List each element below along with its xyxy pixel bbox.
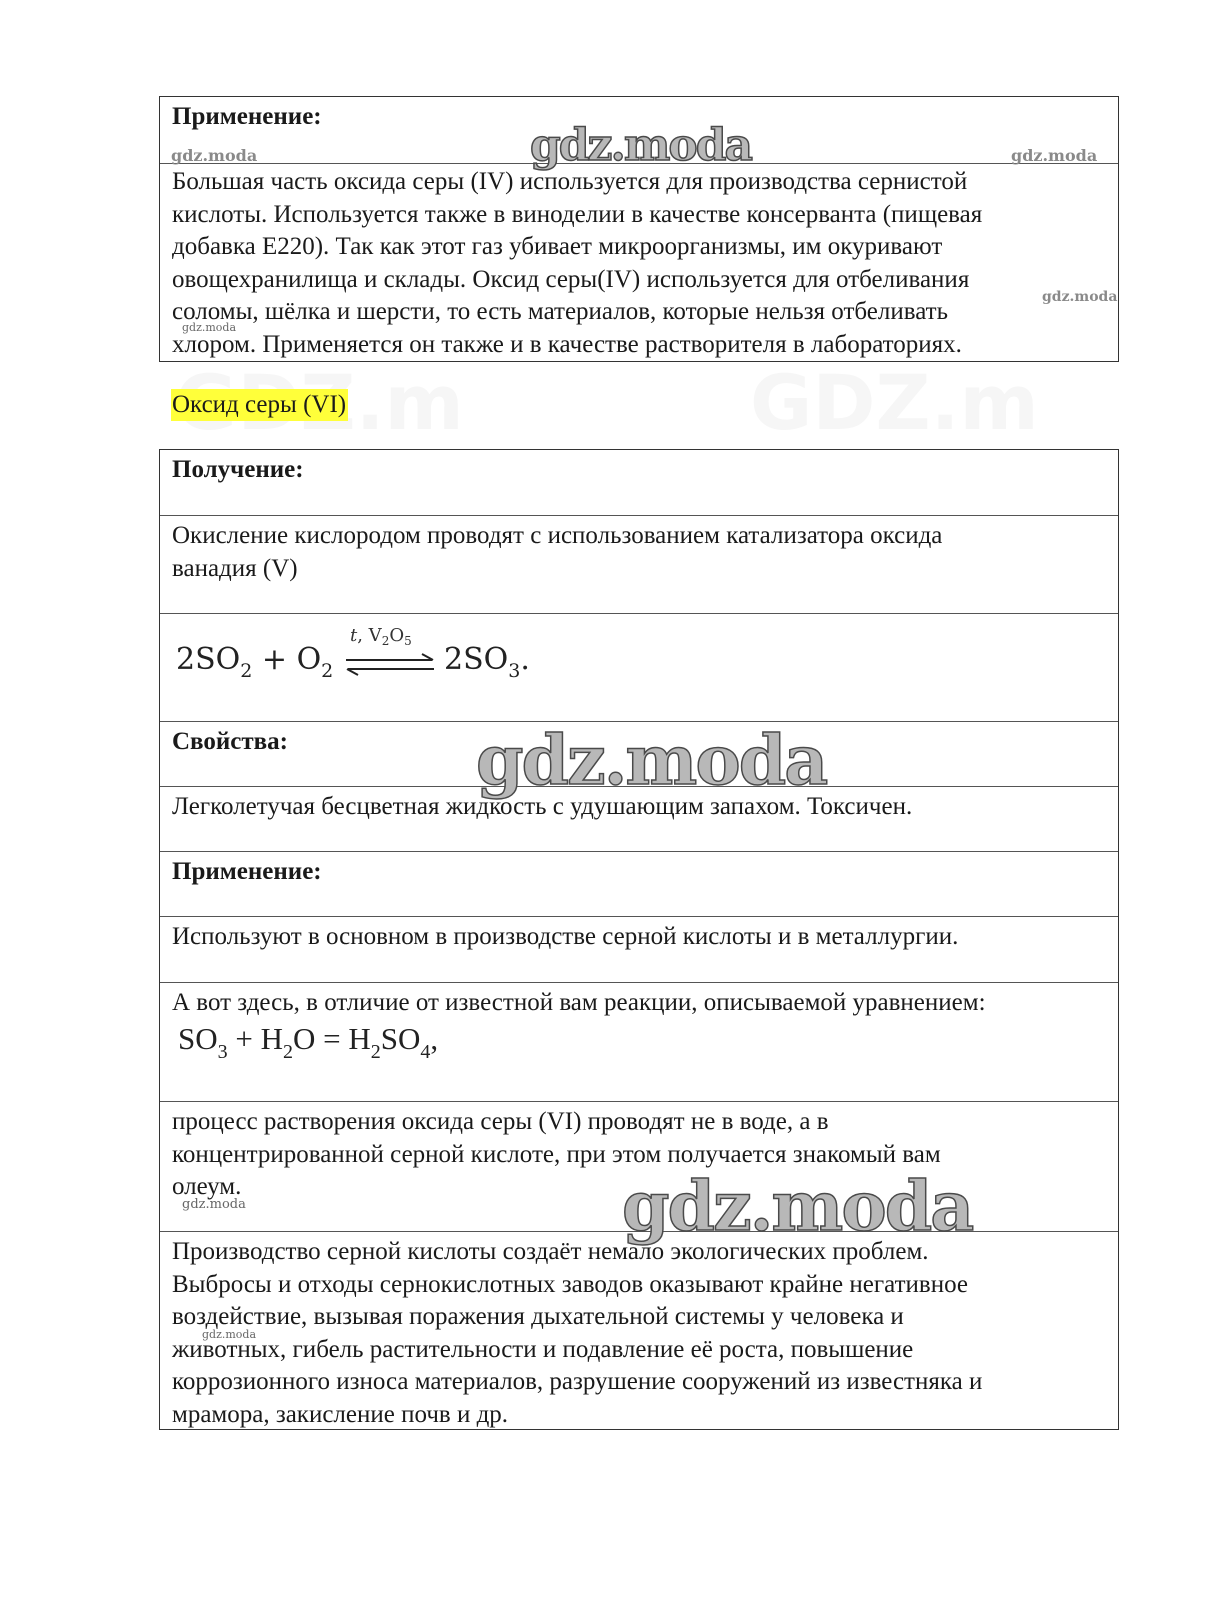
ghost-watermark: GDZ.m xyxy=(750,365,1039,441)
text-line: соломы, шёлка и шерсти, то есть материал… xyxy=(172,296,1106,329)
document-page: Применение: Большая часть оксида серы (I… xyxy=(0,0,1231,1619)
equation-lhs: 2SO2 + O2 xyxy=(176,644,333,688)
section-heading: Оксид серы (VI) xyxy=(171,389,348,421)
application-text: Большая часть оксида серы (IV) используе… xyxy=(160,163,1118,361)
text-line: кислоты. Используется также в виноделии … xyxy=(172,199,1106,232)
watermark-logo: gdz.moda xyxy=(530,124,751,168)
watermark-small: gdz.moda xyxy=(1042,290,1117,304)
watermark-small: gdz.moda xyxy=(171,148,257,164)
sulfuric-acid-equation: SO3 + H2O = H2SO4, xyxy=(178,1023,438,1069)
application-text: Используют в основном в производстве сер… xyxy=(160,916,1118,982)
equation-text-cell: А вот здесь, в отличие от известной вам … xyxy=(160,982,1118,1101)
ecology-text: Производство серной кислоты создаёт нема… xyxy=(160,1231,1118,1429)
preparation-header: Получение: xyxy=(160,450,1118,515)
watermark-logo: gdz.moda xyxy=(622,1173,972,1241)
reversible-arrow-icon xyxy=(344,652,436,678)
watermark-tiny: gdz.moda xyxy=(202,1329,256,1340)
watermark-small: gdz.moda xyxy=(1011,148,1097,164)
watermark-tiny: gdz.moda xyxy=(182,322,236,333)
equation-rhs: 2SO3. xyxy=(444,644,530,688)
equation-cell: 2SO2 + O2 t, V2O5 2SO3. xyxy=(160,613,1118,721)
text-line: овощехранилища и склады. Оксид серы(IV) … xyxy=(172,264,1106,297)
so3-table: Получение: Окисление кислородом проводят… xyxy=(159,449,1119,1430)
watermark-tiny: gdz.moda xyxy=(182,1198,246,1211)
text-line: добавка Е220). Так как этот газ убивает … xyxy=(172,231,1106,264)
text-line: хлором. Применяется он также и в качеств… xyxy=(172,329,1106,362)
preparation-text: Окисление кислородом проводят с использо… xyxy=(160,515,1118,613)
application-header: Применение: xyxy=(160,851,1118,916)
watermark-logo: gdz.moda xyxy=(476,727,826,795)
